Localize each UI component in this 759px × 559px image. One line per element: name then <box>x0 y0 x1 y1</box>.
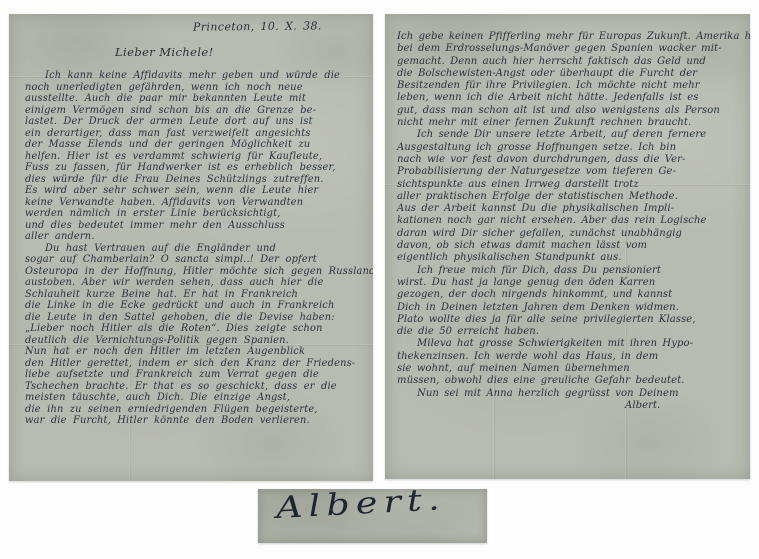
handwritten-line: dies würde für die Frau Deines Schützlin… <box>25 174 365 186</box>
handwritten-line: gut, dass man schon alt ist und also wen… <box>397 105 745 117</box>
letter-page-1: Princeton, 10. X. 38. Lieber Michele! Ic… <box>9 14 373 481</box>
handwritten-line: leben, wenn ich die Arbeit nicht hätte. … <box>397 92 745 104</box>
handwritten-line: Plato wollte dies ja für alle seine priv… <box>397 314 745 326</box>
handwritten-line: Ausgestaltung ich grosse Hoffnungen setz… <box>397 142 745 154</box>
handwritten-line: „Lieber noch Hitler als die Roten“. Dies… <box>25 323 365 335</box>
handwritten-line: davon, ob sich etwas damit machen lässt … <box>397 240 745 252</box>
handwritten-line: werden nämlich in erster Linie berücksic… <box>25 208 365 220</box>
handwritten-line: Ich gebe keinen Pfifferling mehr für Eur… <box>397 31 745 43</box>
handwritten-line: war die Furcht, Hitler könnte den Boden … <box>25 415 365 427</box>
handwritten-line: müssen, obwohl dies eine greuliche Gefah… <box>397 375 745 387</box>
handwritten-line: nach wie vor fest davon durchdrungen, da… <box>397 154 745 166</box>
handwritten-line: deutlich die Vernichtungs-Politik gegen … <box>25 335 365 347</box>
handwritten-line: einigem Vermögen sind schon bis an die G… <box>25 105 365 117</box>
handwritten-line: Dich in Deinen letzten Jahren dem Denken… <box>397 302 745 314</box>
handwritten-line: Tschechen brachte. Er that es so geschic… <box>25 381 365 393</box>
letter-salutation: Lieber Michele! <box>115 45 214 59</box>
handwritten-line: liebe aufsetzte und Frankreich zum Verra… <box>25 369 365 381</box>
handwritten-line: aller andern. <box>25 231 365 243</box>
handwritten-line: die die 50 erreicht haben. <box>397 326 745 338</box>
handwritten-line: Du hast Vertrauen auf die Engländer und <box>25 243 365 255</box>
albert-signature: Albert. <box>275 489 446 526</box>
handwritten-line: daran wird Dir sicher gefallen, zunächst… <box>397 228 745 240</box>
handwritten-line: ein derartiger, dass man fast verzweifel… <box>25 128 365 140</box>
handwritten-line: Osteuropa in der Hoffnung, Hitler möchte… <box>25 266 365 278</box>
handwritten-line: eigentlich physikalischen Standpunkt aus… <box>397 252 745 264</box>
handwritten-line: die Linke in die Ecke gedrückt und auch … <box>25 300 365 312</box>
handwritten-line: Ich kann keine Affidavits mehr geben und… <box>25 70 365 82</box>
handwritten-line: sie wohnt, auf meinen Namen übernehmen <box>397 363 745 375</box>
page2-body-text: Ich gebe keinen Pfifferling mehr für Eur… <box>397 31 745 412</box>
handwritten-line: Mileva hat grosse Schwierigkeiten mit ih… <box>397 338 745 350</box>
handwritten-line: noch unerledigten gefährden, wenn ich no… <box>25 82 365 94</box>
handwritten-line: den Hitler gerettet, indem er sich den K… <box>25 358 365 370</box>
handwritten-line: helfen. Hier ist es verdammt schwierig f… <box>25 151 365 163</box>
handwritten-line: keine Verwandte haben. Affidavits von Ve… <box>25 197 365 209</box>
handwritten-line: sogar auf Chamberlain? O sancta simpl..!… <box>25 254 365 266</box>
handwritten-line: lastet. Der Druck der armen Leute dort a… <box>25 116 365 128</box>
letter-page-2: Ich gebe keinen Pfifferling mehr für Eur… <box>385 14 750 479</box>
handwritten-line: die Leute in den Sattel gehoben, die die… <box>25 312 365 324</box>
photo-background: Princeton, 10. X. 38. Lieber Michele! Ic… <box>0 0 759 559</box>
handwritten-line: Ich freue mich für Dich, dass Du pension… <box>397 265 745 277</box>
handwritten-line: nicht mehr mit einer fernen Zukunft rech… <box>397 117 745 129</box>
page1-body-text: Ich kann keine Affidavits mehr geben und… <box>25 70 365 427</box>
handwritten-line: wirst. Du hast ja lange genug den öden K… <box>397 277 745 289</box>
handwritten-line: bei dem Erdrosselungs-Manöver gegen Span… <box>397 43 745 55</box>
handwritten-line: Es wird aber sehr schwer sein, wenn die … <box>25 185 365 197</box>
handwritten-line: Albert. <box>397 400 745 412</box>
letter-date: Princeton, 10. X. 38. <box>193 19 322 33</box>
handwritten-line: Besitzenden für ihre Privilegien. Ich mö… <box>397 80 745 92</box>
handwritten-line: sichtspunkte aus einen Irrweg darstellt … <box>397 179 745 191</box>
handwritten-line: kationen noch gar nicht ersehen. Aber da… <box>397 215 745 227</box>
handwritten-line: gemacht. Denn auch hier herrscht faktisc… <box>397 56 745 68</box>
handwritten-line: Probabilisierung der Naturgesetze vom ti… <box>397 166 745 178</box>
handwritten-line: ausstellte. Auch die paar mir bekannten … <box>25 93 365 105</box>
handwritten-line: die ihn zu seinen erniedrigenden Flügen … <box>25 404 365 416</box>
handwritten-line: austoben. Aber wir werden sehen, dass au… <box>25 277 365 289</box>
handwritten-line: aller praktischen Erfolge der statistisc… <box>397 191 745 203</box>
handwritten-line: der Masse Elends und der geringen Möglic… <box>25 139 365 151</box>
handwritten-line: Nun sei mit Anna herzlich gegrüsst von D… <box>397 388 745 400</box>
handwritten-line: Fuss zu fassen, für Handwerker ist es er… <box>25 162 365 174</box>
handwritten-line: Aus der Arbeit kannst Du die physikalisc… <box>397 203 745 215</box>
handwritten-line: und dies bedeutet immer mehr den Ausschl… <box>25 220 365 232</box>
handwritten-line: gezogen, der doch nirgends hinkommt, und… <box>397 289 745 301</box>
handwritten-line: die Bolschewisten-Angst oder überhaupt d… <box>397 68 745 80</box>
handwritten-line: thekenzinsen. Ich werde wohl das Haus, i… <box>397 351 745 363</box>
handwritten-line: Schlauheit kurze Beine hat. Er hat in Fr… <box>25 289 365 301</box>
handwritten-line: Ich sende Dir unsere letzte Arbeit, auf … <box>397 129 745 141</box>
signature-cutout: Albert. <box>258 489 487 543</box>
handwritten-line: meisten täuschte, auch Dich. Die einzige… <box>25 392 365 404</box>
handwritten-line: Nun hat er noch den Hitler im letzten Au… <box>25 346 365 358</box>
